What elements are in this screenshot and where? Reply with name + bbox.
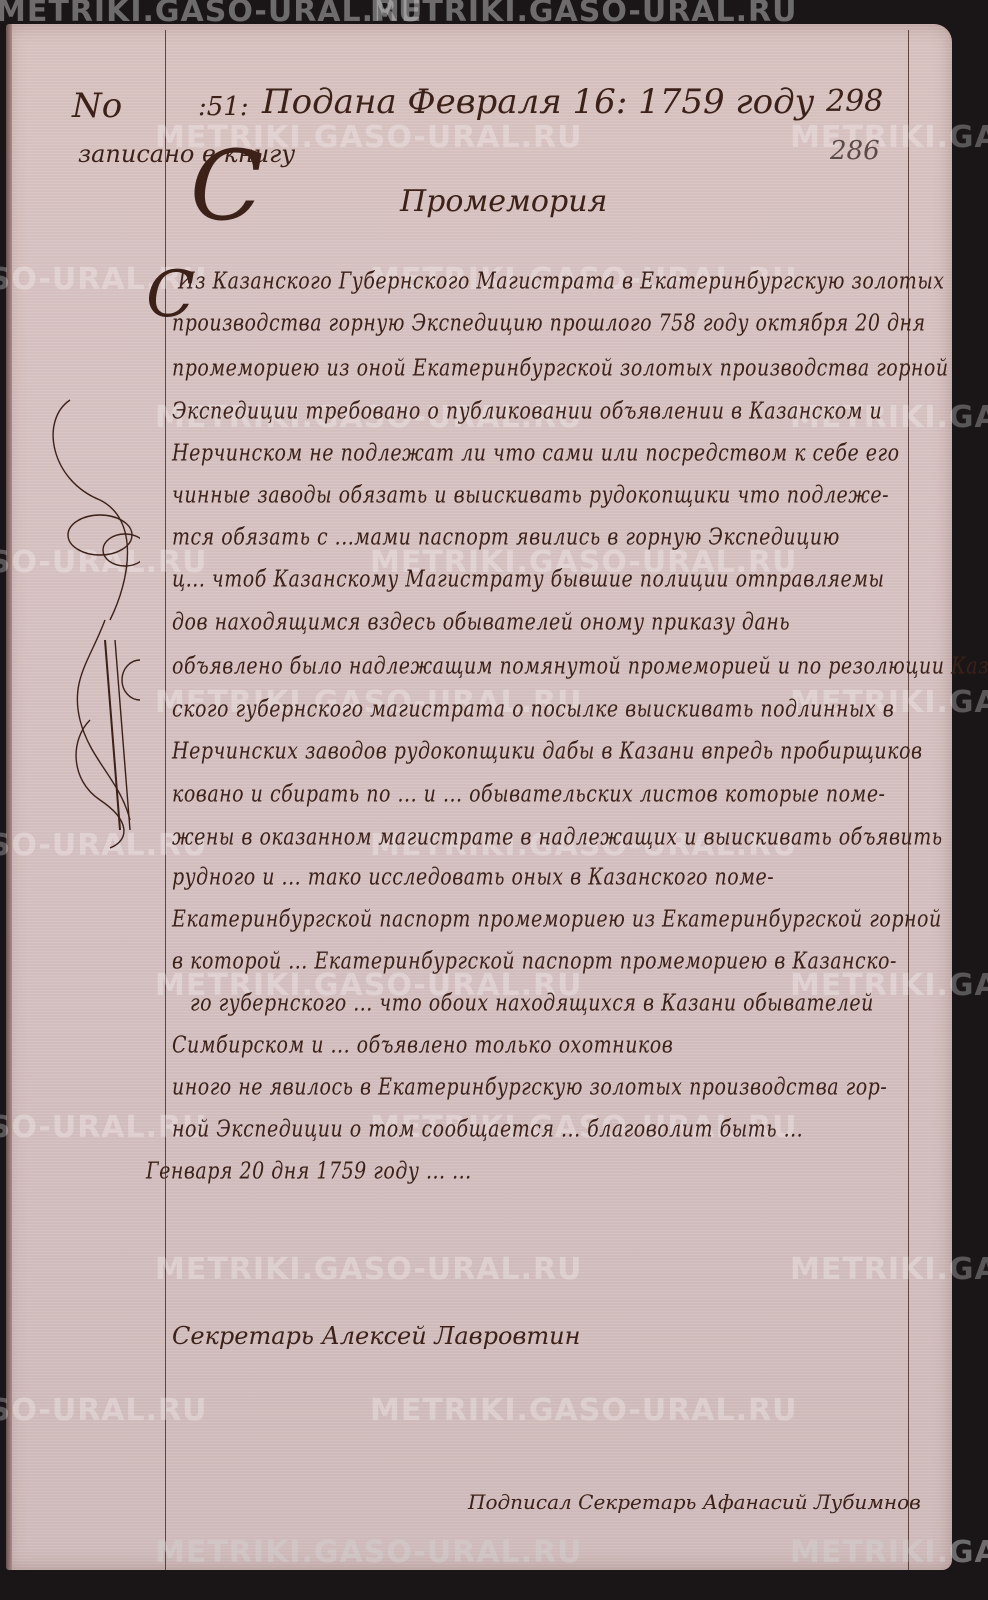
body-line: Из Казанского Губернского Магистрата в Е… [178, 267, 945, 295]
body-line: объявлено было надлежащим помянутой пром… [172, 652, 988, 680]
binding-edge [6, 24, 12, 1570]
body-line: иного не явилось в Екатеринбургскую золо… [172, 1073, 887, 1101]
body-line: жены в оказанном магистрате в надлежащих… [172, 823, 943, 851]
body-line: дов находящимся вздесь обывателей оному … [172, 608, 790, 636]
clerk-signature: Подписал Секретарь Афанасий Лубимнов [468, 1490, 921, 1514]
body-line: ковано и сбирать по ... и ... обывательс… [172, 780, 885, 808]
body-line: в которой ... Екатеринбургской паспорт п… [172, 947, 897, 975]
body-line: Экспедиции требовано о публиковании объя… [172, 397, 882, 425]
registry-number-prefix: No [72, 86, 122, 126]
body-line: го губернского ... что обоих находящихся… [190, 989, 874, 1017]
folio-number-ink: 298 [826, 84, 883, 119]
body-line: производства горную Экспедицию прошлого … [172, 309, 926, 337]
header-submitted-date: Подана Февраля 16: 1759 году [262, 82, 814, 122]
body-line-date: Генваря 20 дня 1759 году ... ... [146, 1157, 472, 1185]
body-line: ц... чтоб Казанскому Магистрату бывшие п… [172, 565, 884, 593]
margin-flourish-icon [30, 360, 140, 850]
right-margin-rule [908, 30, 909, 1570]
decorative-initial: С [190, 130, 263, 242]
body-line: ной Экспедиции о том сообщается ... благ… [172, 1115, 803, 1143]
body-line: Нерчинских заводов рудокопщики дабы в Ка… [172, 737, 923, 765]
body-line: Симбирском и ... объявлено только охотни… [172, 1031, 673, 1059]
body-line: промемориею из оной Екатеринбургской зол… [172, 354, 949, 382]
document-title: Промемория [400, 184, 607, 219]
body-line: рудного и ... тако исследовать оных в Ка… [172, 863, 774, 891]
secretary-signature: Секретарь Алексей Лавровтин [172, 1322, 580, 1350]
body-line: Нерчинском не подлежат ли что сами или п… [172, 439, 900, 467]
body-line: Екатеринбургской паспорт промемориею из … [172, 905, 942, 933]
body-line: чинные заводы обязать и выискивать рудок… [172, 481, 889, 509]
body-line: тся обязать с ...мами паспорт явились в … [172, 523, 840, 551]
body-line: ского губернского магистрата о посылке в… [172, 695, 894, 723]
registry-number: :51: [198, 92, 249, 122]
folio-number-pencil: 286 [830, 136, 880, 166]
